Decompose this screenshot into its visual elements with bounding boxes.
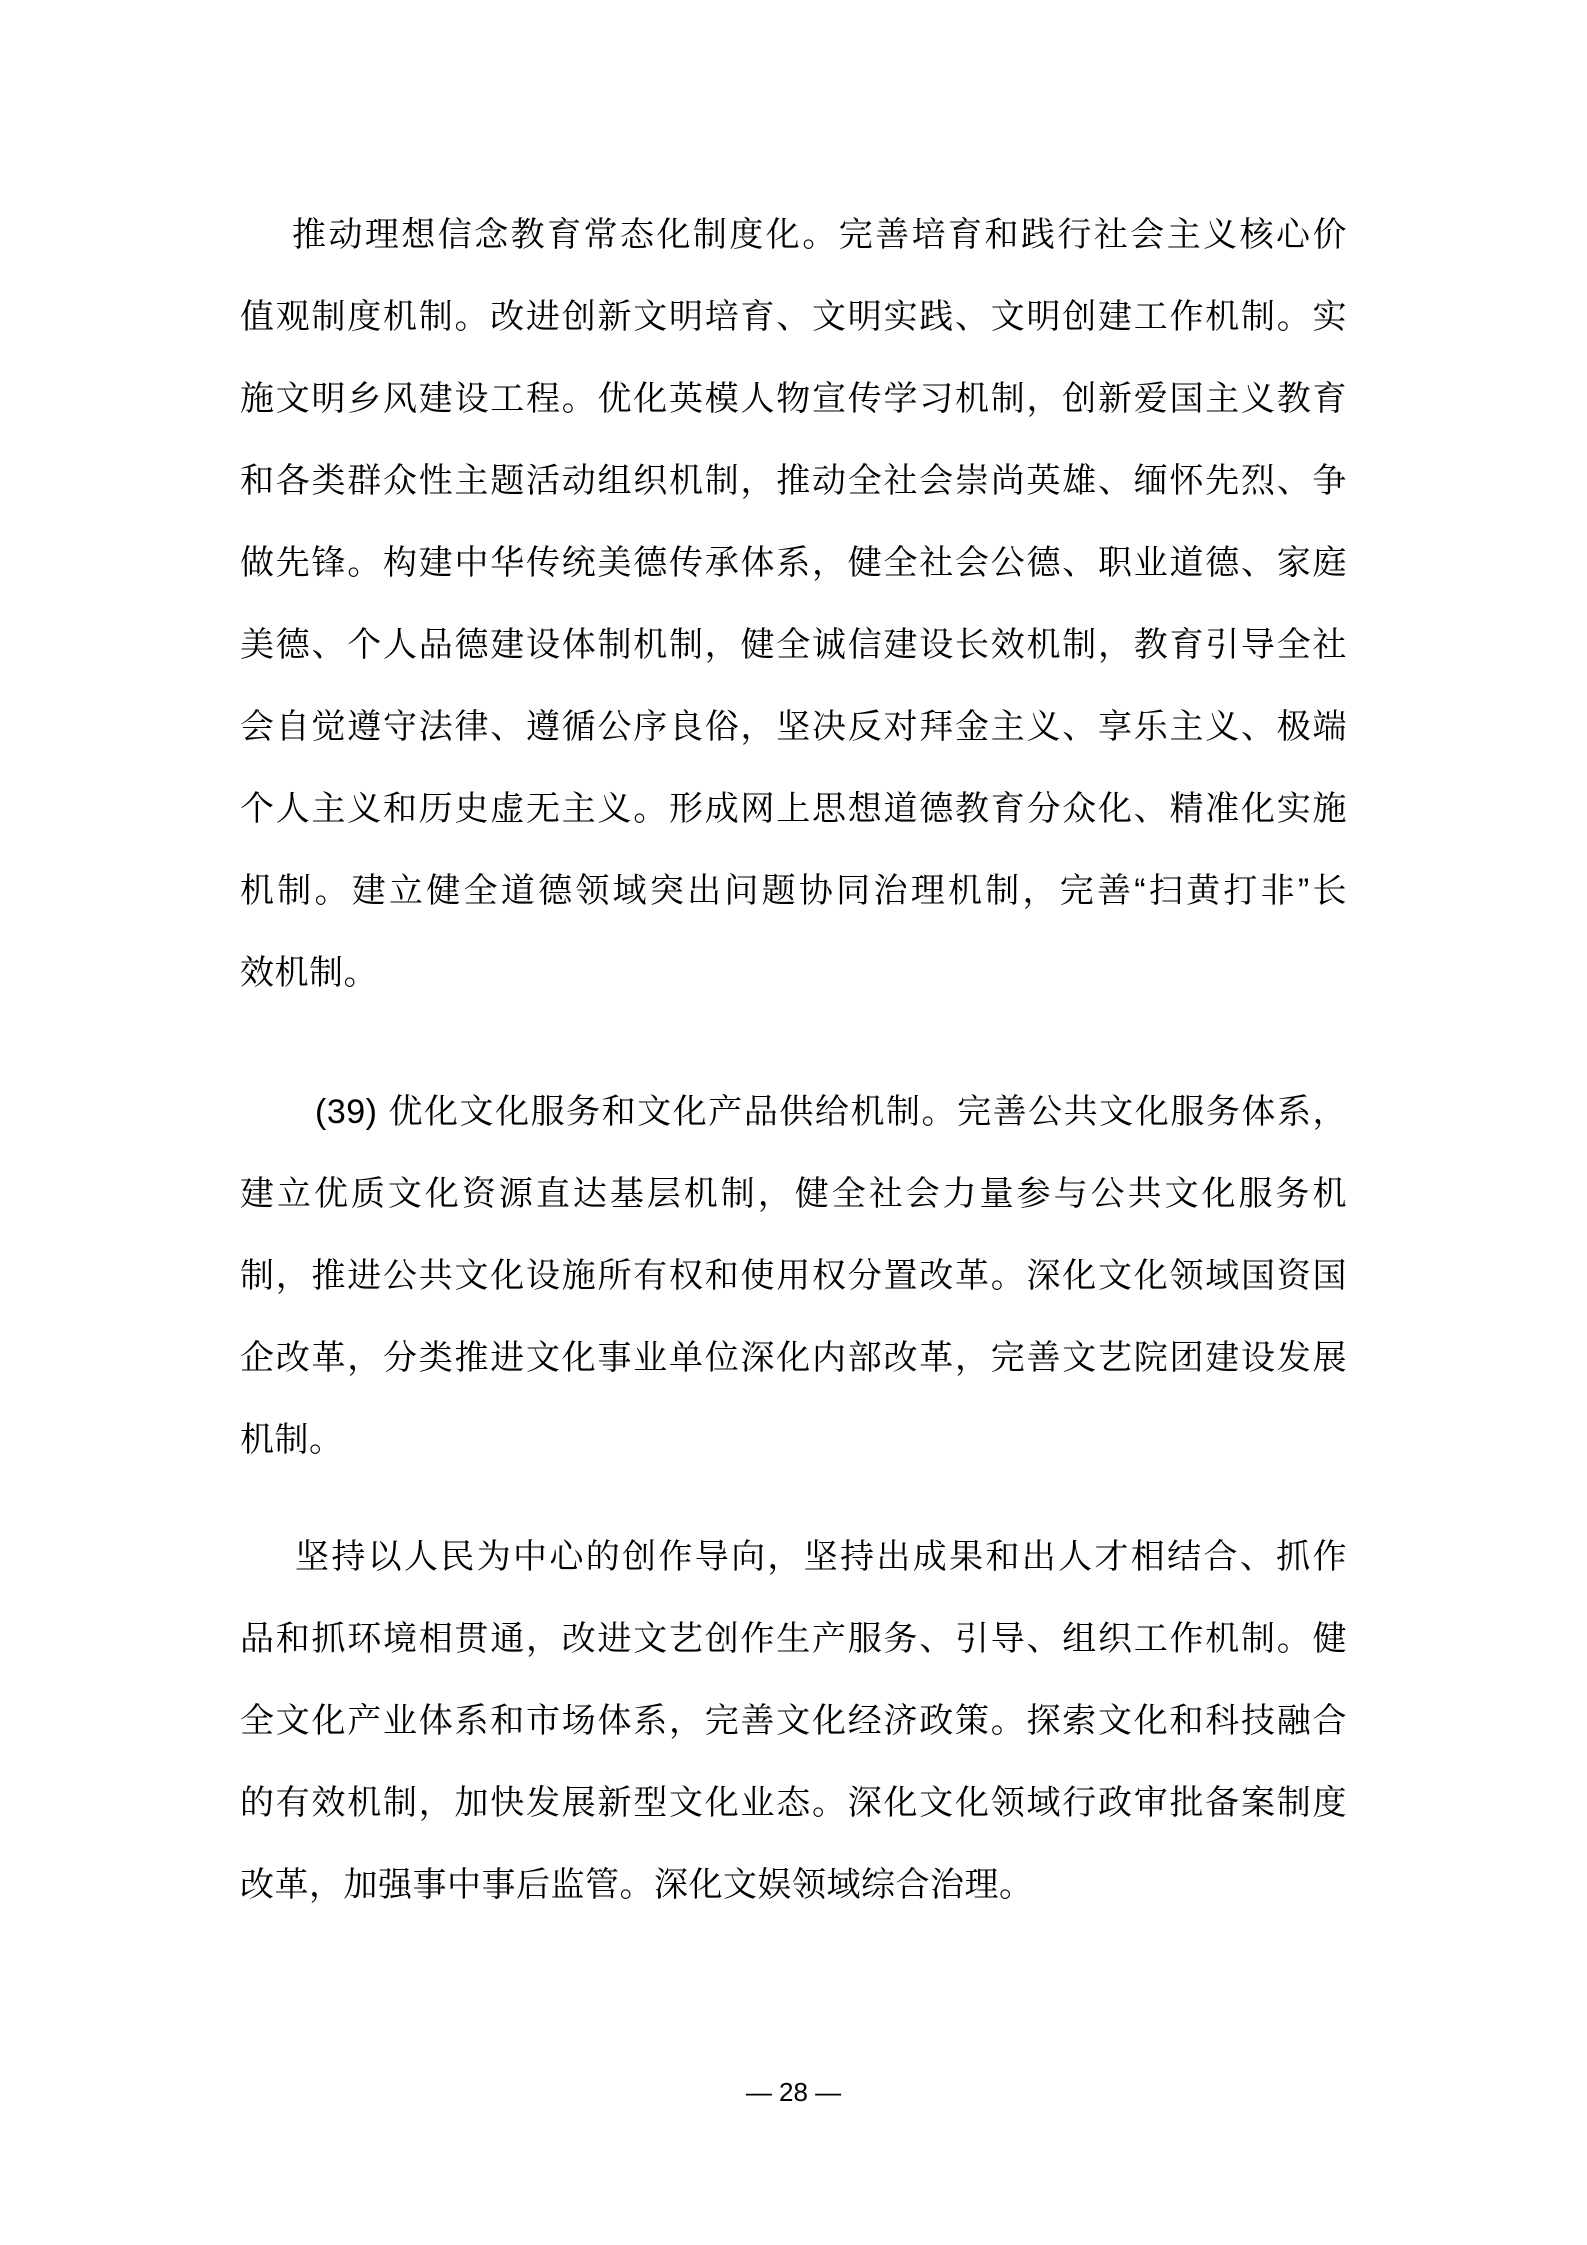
text-line: 改革，加强事中事后监管。深化文娱领域综合治理。 bbox=[240, 1844, 1347, 1926]
text-line: 企改革，分类推进文化事业单位深化内部改革，完善文艺院团建设发展 bbox=[240, 1317, 1347, 1399]
text-line: 和各类群众性主题活动组织机制，推动全社会崇尚英雄、缅怀先烈、争 bbox=[240, 440, 1347, 522]
text-line: 会自觉遵守法律、遵循公序良俗，坚决反对拜金主义、享乐主义、极端 bbox=[240, 686, 1347, 768]
text-line: 个人主义和历史虚无主义。形成网上思想道德教育分众化、精准化实施 bbox=[240, 768, 1347, 850]
text-line: 推动理想信念教育常态化制度化。完善培育和践行社会主义核心价 bbox=[240, 194, 1347, 276]
text-line: (39) 优化文化服务和文化产品供给机制。完善公共文化服务体系， bbox=[240, 1071, 1347, 1153]
text-line: 值观制度机制。改进创新文明培育、文明实践、文明创建工作机制。实 bbox=[240, 276, 1347, 358]
text-line: 美德、个人品德建设体制机制，健全诚信建设长效机制，教育引导全社 bbox=[240, 604, 1347, 686]
paragraph: (39) 优化文化服务和文化产品供给机制。完善公共文化服务体系，建立优质文化资源… bbox=[240, 1071, 1347, 1481]
text-line: 坚持以人民为中心的创作导向，坚持出成果和出人才相结合、抓作 bbox=[240, 1516, 1347, 1598]
text-line: 建立优质文化资源直达基层机制，健全社会力量参与公共文化服务机 bbox=[240, 1153, 1347, 1235]
paragraph: 推动理想信念教育常态化制度化。完善培育和践行社会主义核心价值观制度机制。改进创新… bbox=[240, 194, 1347, 1014]
text-line: 全文化产业体系和市场体系，完善文化经济政策。探索文化和科技融合 bbox=[240, 1680, 1347, 1762]
document-body: 推动理想信念教育常态化制度化。完善培育和践行社会主义核心价值观制度机制。改进创新… bbox=[240, 194, 1347, 1926]
text-line: 品和抓环境相贯通，改进文艺创作生产服务、引导、组织工作机制。健 bbox=[240, 1598, 1347, 1680]
text-line: 效机制。 bbox=[240, 932, 1347, 1014]
text-line: 做先锋。构建中华传统美德传承体系，健全社会公德、职业道德、家庭 bbox=[240, 522, 1347, 604]
page-number: — 28 — bbox=[0, 2072, 1587, 2112]
text-line: 机制。建立健全道德领域突出问题协同治理机制，完善“扫黄打非”长 bbox=[240, 850, 1347, 932]
text-line: 机制。 bbox=[240, 1399, 1347, 1481]
text-line: 的有效机制，加快发展新型文化业态。深化文化领域行政审批备案制度 bbox=[240, 1762, 1347, 1844]
text-line: 制，推进公共文化设施所有权和使用权分置改革。深化文化领域国资国 bbox=[240, 1235, 1347, 1317]
paragraph: 坚持以人民为中心的创作导向，坚持出成果和出人才相结合、抓作品和抓环境相贯通，改进… bbox=[240, 1516, 1347, 1926]
text-line: 施文明乡风建设工程。优化英模人物宣传学习机制，创新爱国主义教育 bbox=[240, 358, 1347, 440]
